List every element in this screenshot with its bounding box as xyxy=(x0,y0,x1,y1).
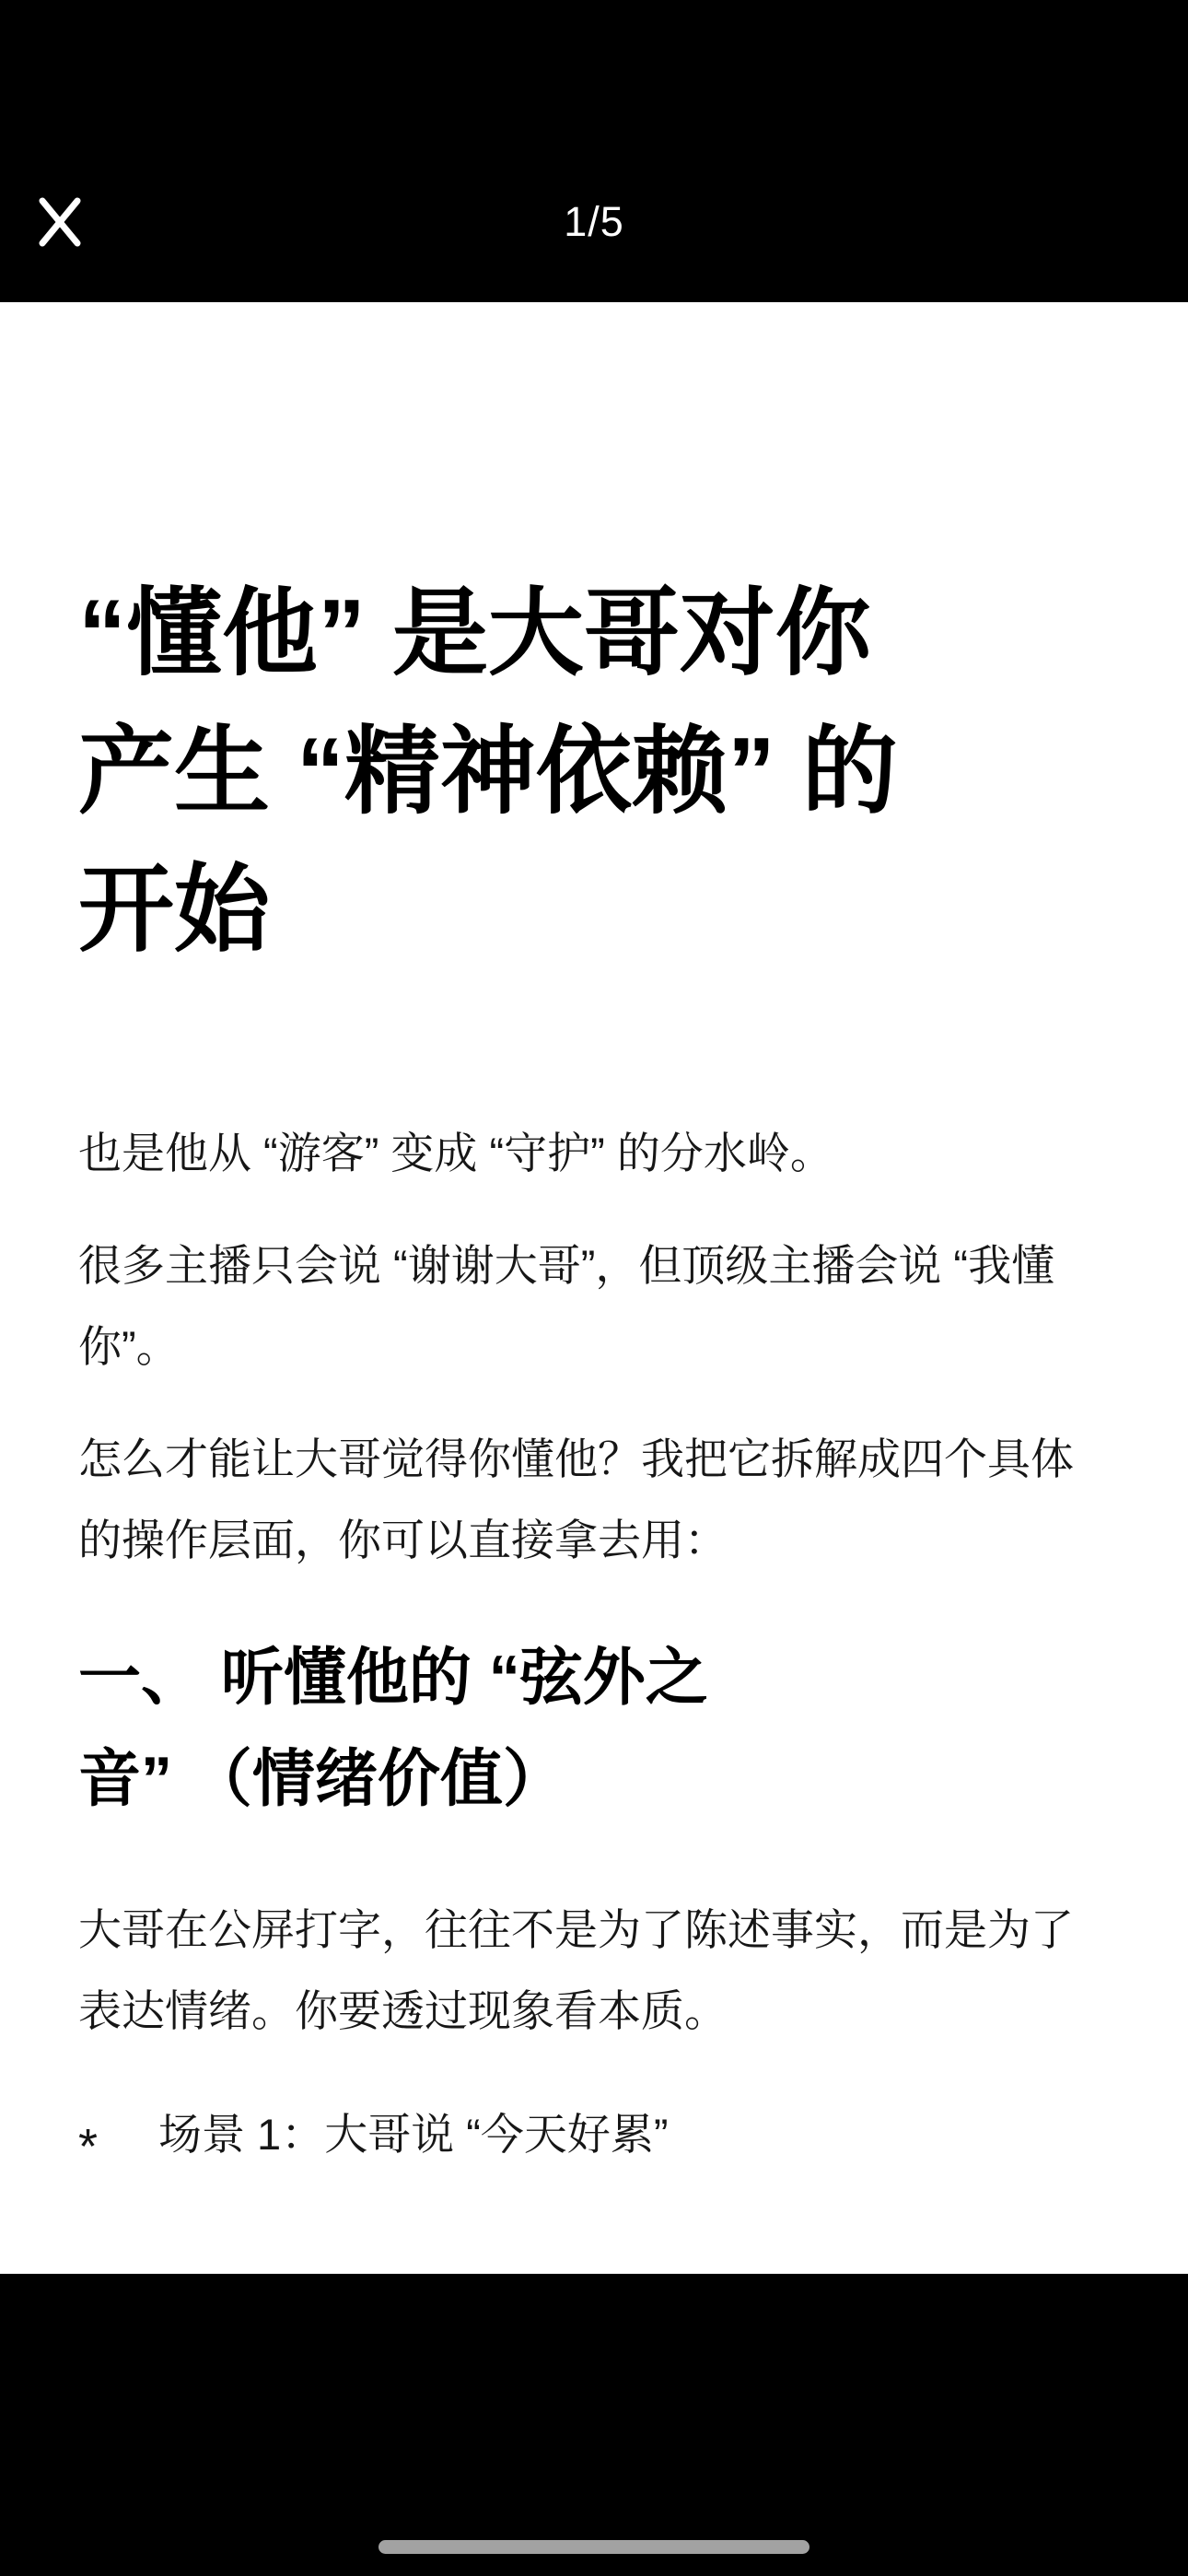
bullet-marker: * xyxy=(78,2106,158,2187)
screen: 1/5 “懂他” 是大哥对你 产生 “精神依赖” 的 开始 也是他从 “游客” … xyxy=(0,0,1188,2576)
title-line: 开始 xyxy=(78,841,1110,979)
paragraph: 很多主播只会说 “谢谢大哥”，但顶级主播会说 “我懂你”。 xyxy=(78,1225,1110,1388)
page-indicator: 1/5 xyxy=(0,197,1188,247)
section-heading-line: 一、 听懂他的 “弦外之 xyxy=(78,1627,1110,1728)
bottom-bar xyxy=(0,2274,1188,2576)
document-page[interactable]: “懂他” 是大哥对你 产生 “精神依赖” 的 开始 也是他从 “游客” 变成 “… xyxy=(0,302,1188,2274)
paragraph: 大哥在公屏打字，往往不是为了陈述事实，而是为了表达情绪。你要透过现象看本质。 xyxy=(78,1890,1110,2052)
title-line: “懂他” 是大哥对你 xyxy=(78,565,1110,703)
bullet-text: 场景 1：大哥说 “今天好累” xyxy=(158,2094,1110,2175)
home-indicator[interactable] xyxy=(379,2540,809,2554)
paragraph: 也是他从 “游客” 变成 “守护” 的分水岭。 xyxy=(78,1113,1110,1194)
section-heading: 一、 听懂他的 “弦外之 音” （情绪价值） xyxy=(78,1627,1110,1830)
section-heading-line: 音” （情绪价值） xyxy=(78,1728,1110,1830)
article-title: “懂他” 是大哥对你 产生 “精神依赖” 的 开始 xyxy=(78,565,1110,979)
title-line: 产生 “精神依赖” 的 xyxy=(78,703,1110,841)
paragraph: 怎么才能让大哥觉得你懂他？我把它拆解成四个具体的操作层面，你可以直接拿去用： xyxy=(78,1419,1110,1581)
viewer-top-bar: 1/5 xyxy=(0,0,1188,302)
list-item: * 场景 1：大哥说 “今天好累” xyxy=(78,2094,1110,2175)
